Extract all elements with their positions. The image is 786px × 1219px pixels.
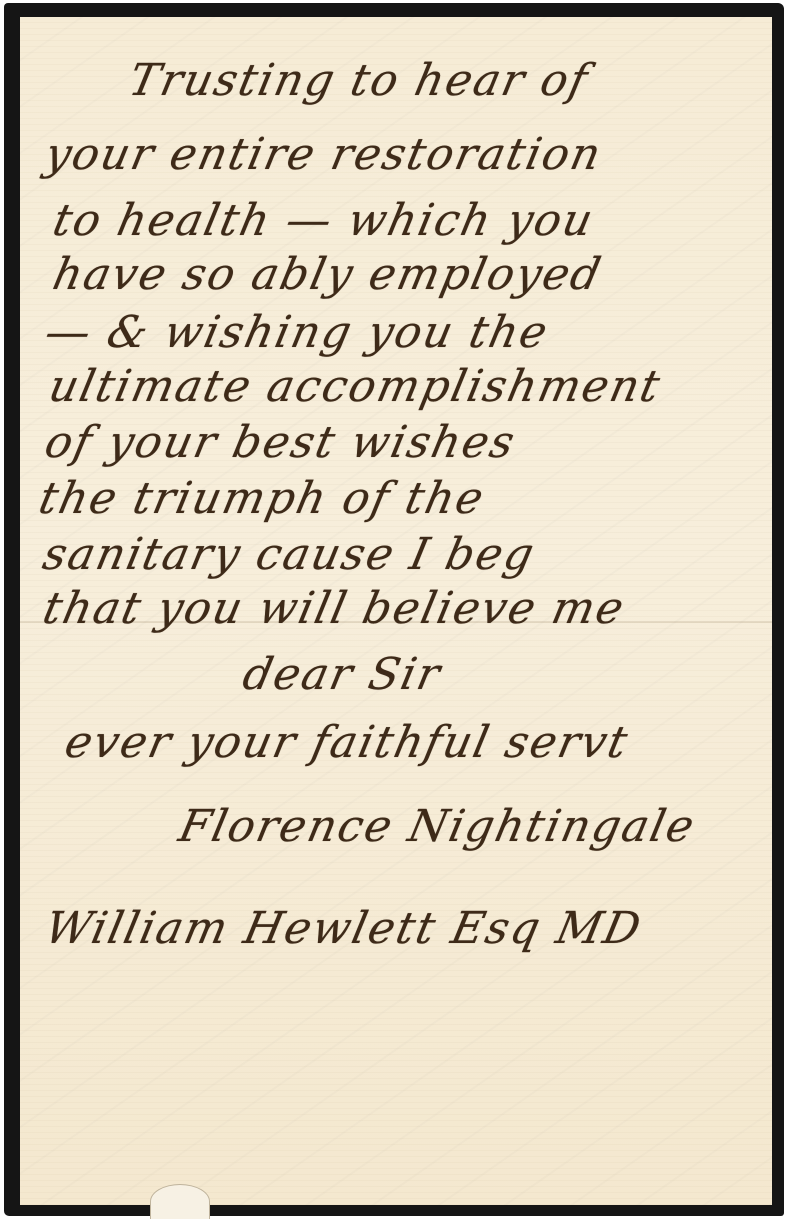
- letter-line-7: of your best wishes: [41, 417, 521, 468]
- letter-line-2: your entire restoration: [41, 129, 607, 180]
- paper-tear: [150, 1184, 210, 1219]
- signature: Florence Nightingale: [175, 801, 701, 852]
- letter-line-6: ultimate accomplishment: [45, 361, 666, 412]
- letter-sheet: Trusting to hear of your entire restorat…: [4, 3, 784, 1216]
- salutation: dear Sir: [239, 649, 447, 700]
- letter-line-3: to health — which you: [49, 195, 599, 246]
- letter-paper: Trusting to hear of your entire restorat…: [20, 17, 772, 1205]
- letter-line-9: sanitary cause I beg: [39, 529, 540, 580]
- recipient: William Hewlett Esq MD: [41, 903, 647, 954]
- valediction: ever your faithful servt: [61, 717, 634, 768]
- letter-line-5: — & wishing you the: [41, 307, 554, 358]
- letter-line-8: the triumph of the: [35, 473, 490, 524]
- letter-line-4: have so ably employed: [49, 249, 607, 300]
- letter-line-10: that you will believe me: [39, 583, 630, 634]
- letter-line-1: Trusting to hear of: [125, 55, 594, 106]
